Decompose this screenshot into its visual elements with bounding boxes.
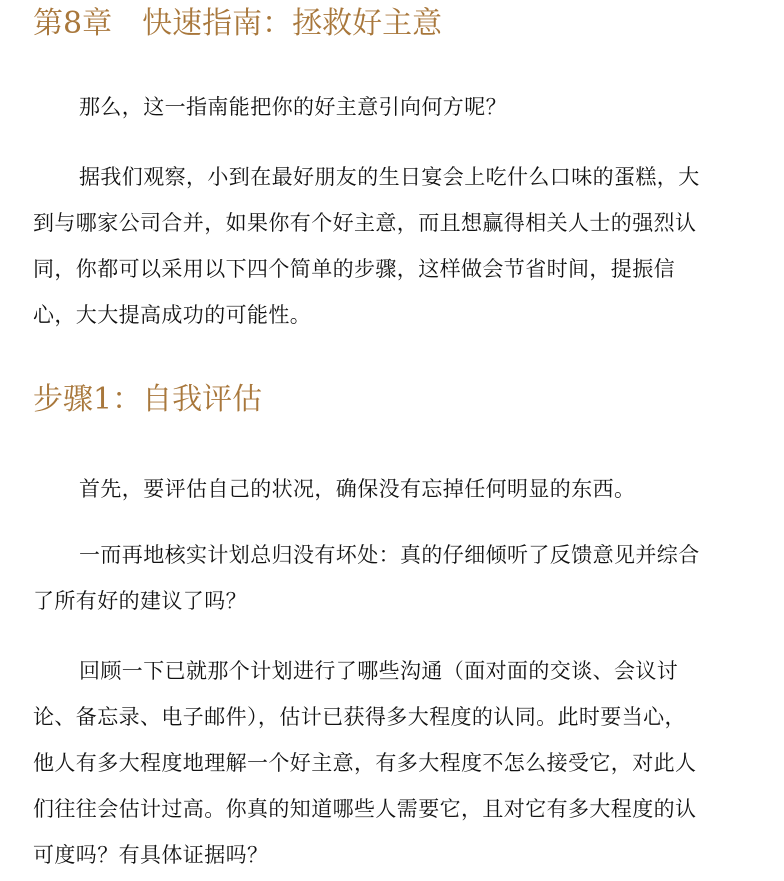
text-line: 同，你都可以采用以下四个简单的步骤，这样做会节省时间，提振信 [33,246,749,292]
text-line: 据我们观察，小到在最好朋友的生日宴会上吃什么口味的蛋糕，大 [33,154,749,200]
intro-paragraph: 那么，这一指南能把你的好主意引向何方呢？ [33,84,749,130]
text-line: 了所有好的建议了吗？ [33,578,749,624]
text-line: 心，大大提高成功的可能性。 [33,292,749,338]
text-line: 他人有多大程度地理解一个好主意，有多大程度不怎么接受它，对此人 [33,740,749,786]
chapter-title: 第8章 快速指南：拯救好主意 [33,4,442,44]
intro-paragraph: 据我们观察，小到在最好朋友的生日宴会上吃什么口味的蛋糕，大 到与哪家公司合并，如… [33,154,749,338]
text-line: 回顾一下已就那个计划进行了哪些沟通（面对面的交谈、会议讨 [33,648,749,694]
step1-paragraph: 一而再地核实计划总归没有坏处：真的仔细倾听了反馈意见并综合 了所有好的建议了吗？ [33,532,749,624]
section-title-step1: 步骤1：自我评估 [33,380,262,420]
step1-paragraph: 首先，要评估自己的状况，确保没有忘掉任何明显的东西。 [33,466,749,512]
text-line: 论、备忘录、电子邮件），估计已获得多大程度的认同。此时要当心， [33,694,749,740]
text-line: 首先，要评估自己的状况，确保没有忘掉任何明显的东西。 [33,466,749,512]
step1-paragraph: 回顾一下已就那个计划进行了哪些沟通（面对面的交谈、会议讨 论、备忘录、电子邮件）… [33,648,749,878]
text-line: 一而再地核实计划总归没有坏处：真的仔细倾听了反馈意见并综合 [33,532,749,578]
text-line: 那么，这一指南能把你的好主意引向何方呢？ [33,84,749,130]
text-line: 可度吗？有具体证据吗？ [33,832,749,878]
text-line: 们往往会估计过高。你真的知道哪些人需要它，且对它有多大程度的认 [33,786,749,832]
text-line: 到与哪家公司合并，如果你有个好主意，而且想赢得相关人士的强烈认 [33,200,749,246]
